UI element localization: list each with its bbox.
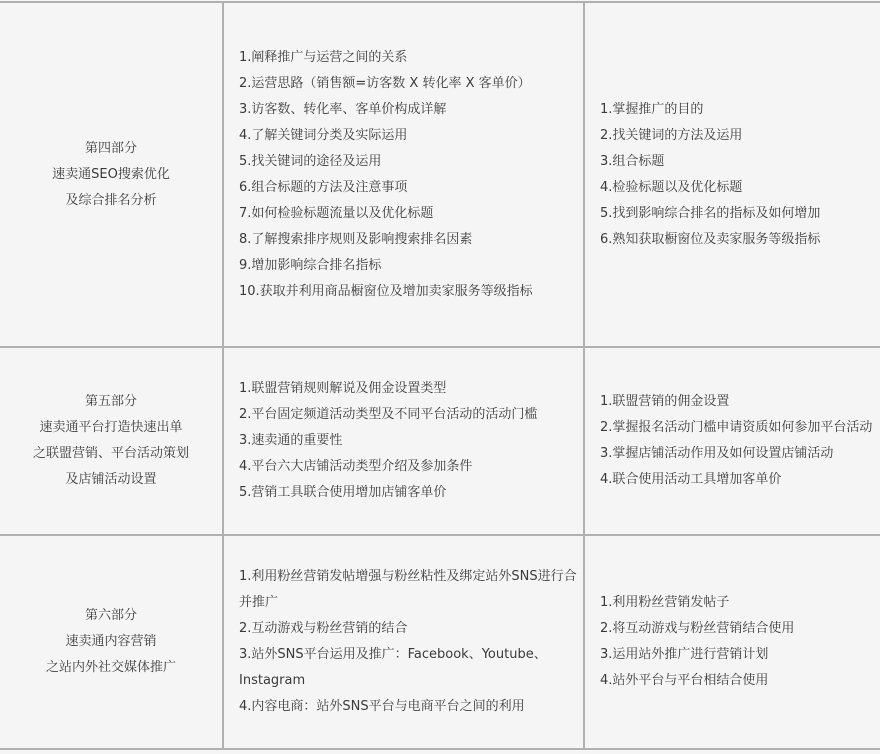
content-cell: 1.阐释推广与运营之间的关系 2.运营思路（销售额=访客数 X 转化率 X 客单…: [223, 2, 584, 347]
goal-item: 5.找到影响综合排名的指标及如何增加: [600, 201, 876, 227]
goal-item: 2.将互动游戏与粉丝营销结合使用: [600, 616, 876, 642]
goal-item: 3.运用站外推广进行营销计划: [600, 642, 876, 668]
part-title-line: 之站内外社交媒体推广: [0, 655, 222, 681]
goals-cell: 1.利用粉丝营销发帖子 2.将互动游戏与粉丝营销结合使用 3.运用站外推广进行营…: [584, 535, 880, 749]
goal-item: 1.联盟营销的佣金设置: [600, 389, 876, 415]
goal-item: 3.组合标题: [600, 149, 876, 175]
part-title-line: 及店铺活动设置: [0, 467, 222, 493]
content-item: 1.阐释推广与运营之间的关系: [239, 45, 577, 71]
content-cell: 1.联盟营销规则解说及佣金设置类型 2.平台固定频道活动类型及不同平台活动的活动…: [223, 347, 584, 535]
goal-item: 2.找关键词的方法及运用: [600, 123, 876, 149]
goal-item: 1.利用粉丝营销发帖子: [600, 590, 876, 616]
content-item: 3.速卖通的重要性: [239, 428, 577, 454]
part-number: 第六部分: [0, 603, 222, 629]
part-title-cell: 第六部分 速卖通内容营销 之站内外社交媒体推广: [0, 535, 223, 749]
goal-item: 6.熟知获取橱窗位及卖家服务等级指标: [600, 227, 876, 253]
part-title-line: 速卖通内容营销: [0, 629, 222, 655]
content-item: 4.平台六大店铺活动类型介绍及参加条件: [239, 454, 577, 480]
part-title-line: 之联盟营销、平台活动策划: [0, 441, 222, 467]
content-item: 2.运营思路（销售额=访客数 X 转化率 X 客单价）: [239, 71, 577, 97]
content-item: 9.增加影响综合排名指标: [239, 253, 577, 279]
part-number: 第五部分: [0, 389, 222, 415]
content-item: 5.营销工具联合使用增加店铺客单价: [239, 480, 577, 506]
part-title-line: 及综合排名分析: [0, 188, 222, 214]
content-cell: 1.利用粉丝营销发帖增强与粉丝粘性及绑定站外SNS进行合并推广 2.互动游戏与粉…: [223, 535, 584, 749]
table-row-part-4: 第四部分 速卖通SEO搜索优化 及综合排名分析 1.阐释推广与运营之间的关系 2…: [0, 2, 880, 347]
goals-cell: 1.联盟营销的佣金设置 2.掌握报名活动门槛申请资质如何参加平台活动 3.掌握店…: [584, 347, 880, 535]
course-outline-table: 第四部分 速卖通SEO搜索优化 及综合排名分析 1.阐释推广与运营之间的关系 2…: [0, 1, 880, 750]
table-row-part-6: 第六部分 速卖通内容营销 之站内外社交媒体推广 1.利用粉丝营销发帖增强与粉丝粘…: [0, 535, 880, 749]
content-item: 4.内容电商：站外SNS平台与电商平台之间的利用: [239, 694, 577, 720]
goal-item: 2.掌握报名活动门槛申请资质如何参加平台活动: [600, 415, 876, 441]
content-item: 8.了解搜索排序规则及影响搜索排名因素: [239, 227, 577, 253]
content-item: 3.站外SNS平台运用及推广：Facebook、Youtube、Instagra…: [239, 642, 577, 694]
content-item: 10.获取并利用商品橱窗位及增加卖家服务等级指标: [239, 279, 577, 305]
goals-cell: 1.掌握推广的目的 2.找关键词的方法及运用 3.组合标题 4.检验标题以及优化…: [584, 2, 880, 347]
goal-item: 4.站外平台与平台相结合使用: [600, 668, 876, 694]
content-item: 5.找关键词的途径及运用: [239, 149, 577, 175]
part-title-cell: 第五部分 速卖通平台打造快速出单 之联盟营销、平台活动策划 及店铺活动设置: [0, 347, 223, 535]
content-item: 3.访客数、转化率、客单价构成详解: [239, 97, 577, 123]
content-item: 1.利用粉丝营销发帖增强与粉丝粘性及绑定站外SNS进行合并推广: [239, 564, 577, 616]
part-title-line: 速卖通SEO搜索优化: [0, 162, 222, 188]
goal-item: 4.联合使用活动工具增加客单价: [600, 467, 876, 493]
content-item: 4.了解关键词分类及实际运用: [239, 123, 577, 149]
part-number: 第四部分: [0, 136, 222, 162]
goal-item: 3.掌握店铺活动作用及如何设置店铺活动: [600, 441, 876, 467]
part-title-cell: 第四部分 速卖通SEO搜索优化 及综合排名分析: [0, 2, 223, 347]
content-item: 2.平台固定频道活动类型及不同平台活动的活动门槛: [239, 402, 577, 428]
content-item: 1.联盟营销规则解说及佣金设置类型: [239, 376, 577, 402]
content-item: 6.组合标题的方法及注意事项: [239, 175, 577, 201]
table-row-part-5: 第五部分 速卖通平台打造快速出单 之联盟营销、平台活动策划 及店铺活动设置 1.…: [0, 347, 880, 535]
content-item: 2.互动游戏与粉丝营销的结合: [239, 616, 577, 642]
content-item: 7.如何检验标题流量以及优化标题: [239, 201, 577, 227]
goal-item: 4.检验标题以及优化标题: [600, 175, 876, 201]
part-title-line: 速卖通平台打造快速出单: [0, 415, 222, 441]
goal-item: 1.掌握推广的目的: [600, 97, 876, 123]
